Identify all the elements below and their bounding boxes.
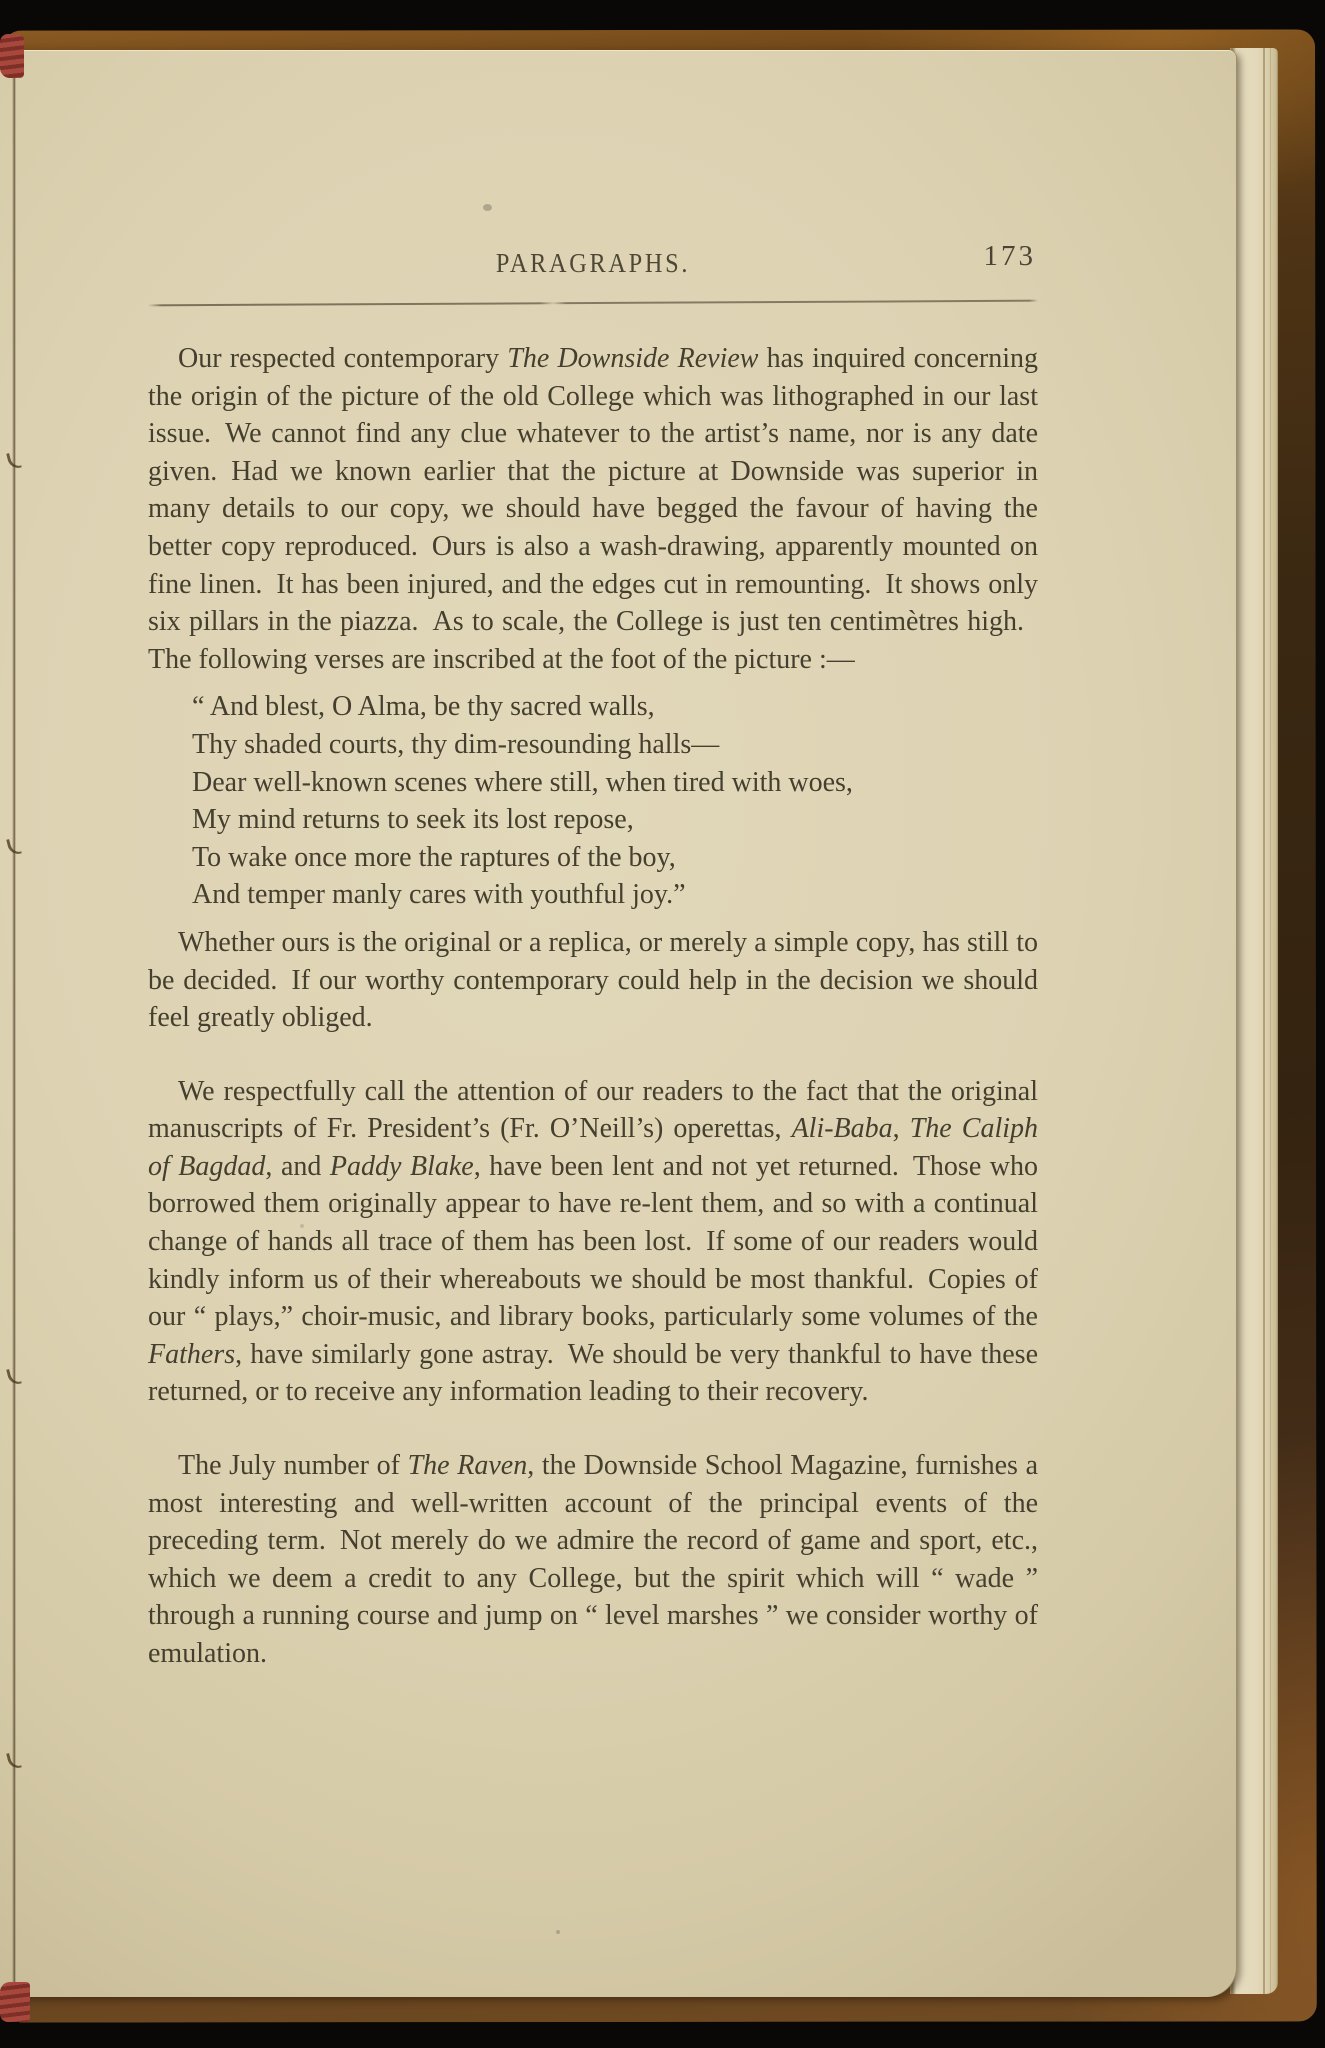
endband-top <box>0 34 24 78</box>
book-photo: PARAGRAPHS. 173 Our respected contempora… <box>0 0 1325 2048</box>
verse-line: My mind returns to seek its lost repose, <box>192 801 1038 839</box>
verse-line: To wake once more the raptures of the bo… <box>192 839 1038 877</box>
page-title: PARAGRAPHS. <box>193 248 994 279</box>
text: The July number of <box>178 1450 408 1481</box>
gutter-crease <box>12 50 16 1996</box>
body-text: Our respected contemporary The Downside … <box>148 340 1038 1673</box>
text: , and <box>265 1151 330 1182</box>
text: , have similarly gone astray. We should … <box>148 1339 1038 1408</box>
italic-text: Ali-Baba <box>792 1113 893 1144</box>
paragraph: The July number of The Raven, the Downsi… <box>148 1447 1038 1673</box>
page-content: PARAGRAPHS. 173 Our respected contempora… <box>148 238 1038 1673</box>
page-number: 173 <box>984 240 1037 273</box>
verse-line: Thy shaded courts, thy dim-resounding ha… <box>192 726 1038 764</box>
verse-line: “ And blest, O Alma, be thy sacred walls… <box>192 688 1038 726</box>
paragraph: Whether ours is the original or a replic… <box>148 924 1038 1037</box>
italic-text: Paddy Blake <box>330 1151 474 1182</box>
text: Whether ours is the original or a replic… <box>148 927 1038 1033</box>
paper-speck <box>556 1930 560 1934</box>
verse: “ And blest, O Alma, be thy sacred walls… <box>192 688 1038 914</box>
paper-speck <box>483 204 492 211</box>
paragraph: We respectfully call the attention of ou… <box>148 1073 1038 1411</box>
text: , <box>893 1113 910 1144</box>
text: , the Downside School Magazine, furnishe… <box>148 1450 1038 1669</box>
text: Our respected contemporary <box>178 343 507 374</box>
verse-line: Dear well-known scenes where still, when… <box>192 764 1038 802</box>
italic-text: The Raven <box>408 1450 528 1481</box>
paragraph: Our respected contemporary The Downside … <box>148 340 1038 678</box>
text: has inquired concerning the origin of th… <box>148 343 1038 675</box>
verse-line: And temper manly cares with youthful joy… <box>192 876 1038 914</box>
running-head: PARAGRAPHS. 173 <box>148 238 1038 302</box>
endband-bottom <box>0 1982 30 2022</box>
italic-text: Fathers <box>148 1339 235 1370</box>
italic-text: The Downside Review <box>507 343 758 374</box>
fore-edge-pages <box>1230 48 1278 1994</box>
